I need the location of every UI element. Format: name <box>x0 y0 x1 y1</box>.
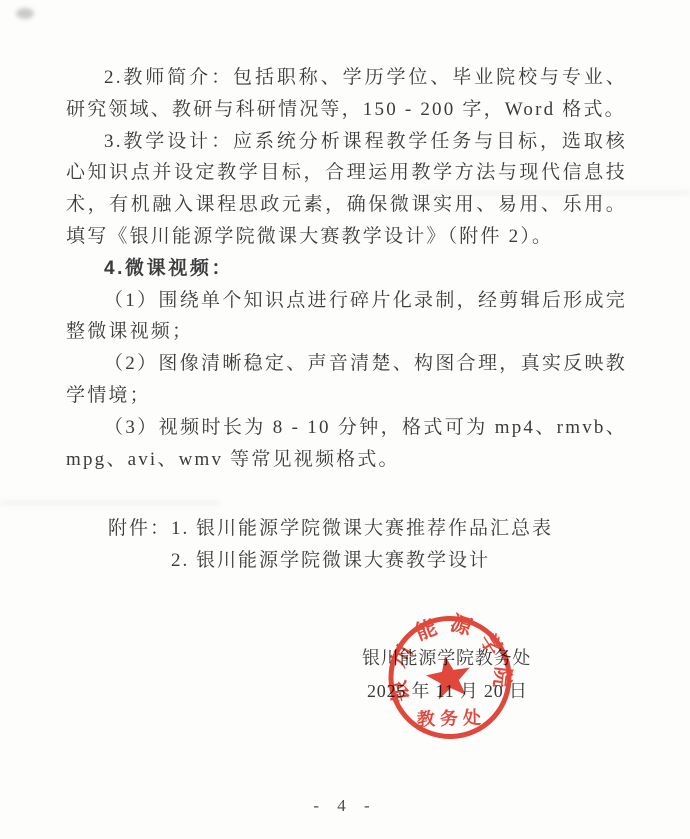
paragraph-video-item-1: （1）围绕单个知识点进行碎片化录制，经剪辑后形成完整微课视频； <box>66 285 627 349</box>
scan-smudge <box>16 8 34 19</box>
seal-bottom-text: 教务处 <box>416 706 487 729</box>
paragraph-video-item-2: （2）图像清晰稳定、声音清楚、构图合理，真实反映教学情境； <box>66 348 627 412</box>
scan-streak <box>0 500 220 506</box>
seal-star-icon <box>423 652 474 701</box>
document-page: 2.教师简介：包括职称、学历学位、毕业院校与专业、研究领域、教研与科研情况等，1… <box>0 0 690 839</box>
attachment-item-1: 1. 银川能源学院微课大赛推荐作品汇总表 <box>171 513 553 545</box>
paragraph-teacher-intro: 2.教师简介：包括职称、学历学位、毕业院校与专业、研究领域、教研与科研情况等，1… <box>66 62 627 126</box>
attachments-list: 1. 银川能源学院微课大赛推荐作品汇总表 2. 银川能源学院微课大赛教学设计 <box>171 513 553 577</box>
attachments-label: 附件： <box>108 513 171 577</box>
paragraph-video-item-3: （3）视频时长为 8 - 10 分钟，格式可为 mp4、rmvb、mpg、avi… <box>66 412 627 476</box>
document-body: 2.教师简介：包括职称、学历学位、毕业院校与专业、研究领域、教研与科研情况等，1… <box>66 62 627 475</box>
heading-micro-video: 4.微课视频： <box>66 253 627 285</box>
attachments-block: 附件： 1. 银川能源学院微课大赛推荐作品汇总表 2. 银川能源学院微课大赛教学… <box>108 513 553 577</box>
page-number: - 4 - <box>0 796 690 816</box>
official-seal: 银川能源学院 教务处 <box>385 612 515 743</box>
paragraph-teaching-design: 3.教学设计：应系统分析课程教学任务与目标，选取核心知识点并设定教学目标，合理运… <box>66 126 627 253</box>
seal-arc-text: 银川能源学院 <box>385 612 515 704</box>
attachment-item-2: 2. 银川能源学院微课大赛教学设计 <box>171 545 553 577</box>
